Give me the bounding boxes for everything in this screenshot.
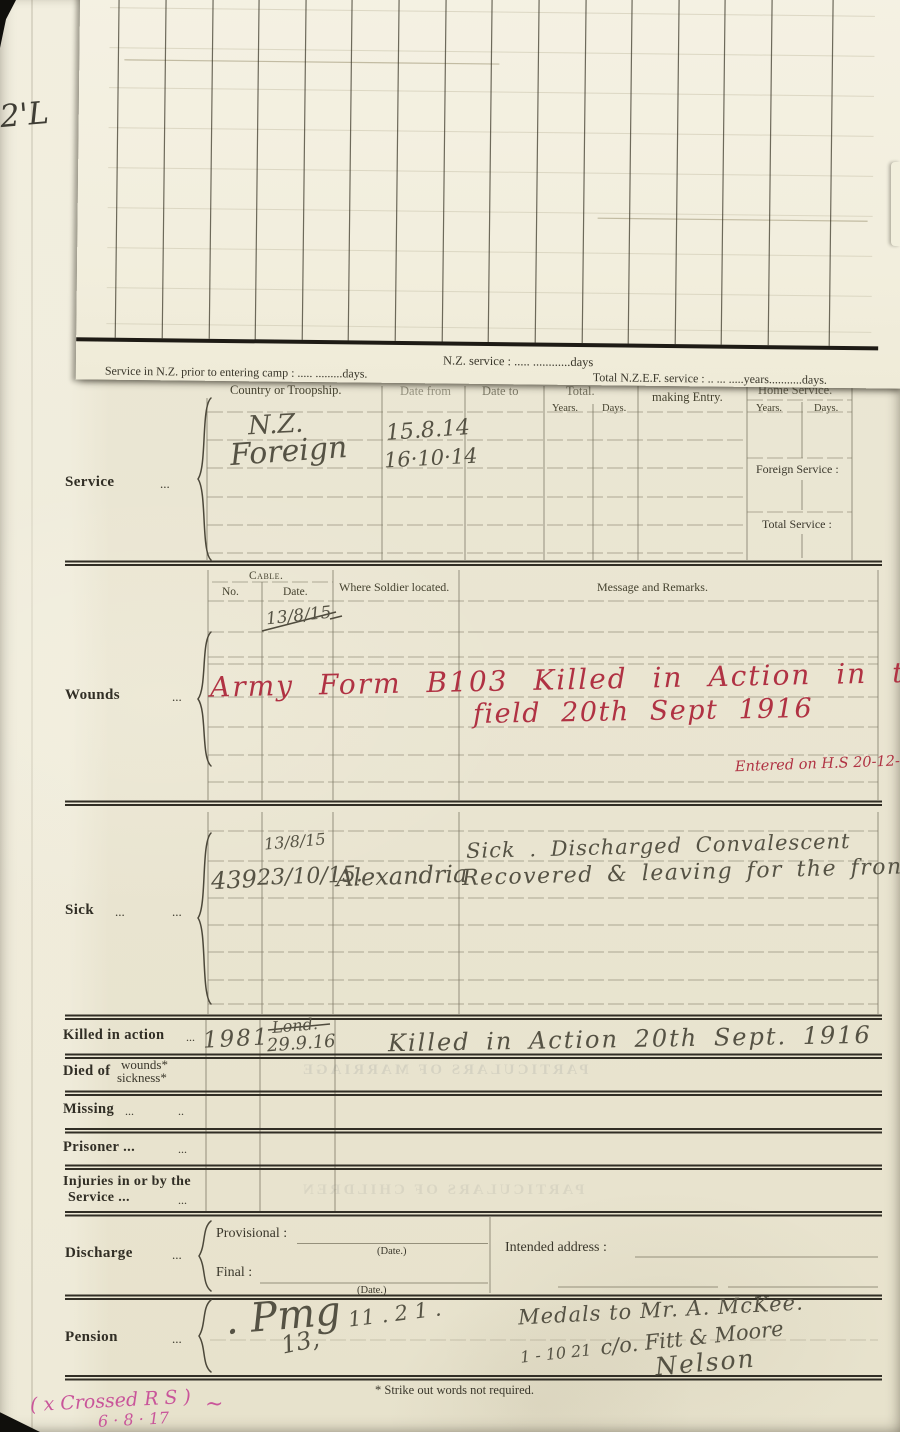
discharge-dots: ... [172,1248,182,1262]
footer-note: * Strike out words not required. [375,1384,534,1397]
prisoner-dots: ... [178,1143,187,1156]
col-making-entry: making Entry. [652,391,723,404]
discharge-final-label: Final : [216,1266,252,1281]
discharge-provisional-label: Provisional : [216,1227,287,1242]
col-total: Total. [566,385,595,398]
pension-note-date-1: 13, [279,1326,321,1357]
service-entry-date-1: 15.8.14 [385,417,470,445]
intended-address-label: Intended address : [505,1241,607,1256]
foreign-service-label: Foreign Service : [756,463,839,476]
total-service-label: Total Service : [762,518,832,531]
killed-dots: ... [186,1031,195,1044]
injuries-label-line2: Service ... [68,1191,130,1206]
col-message-remarks: Message and Remarks. [597,581,708,594]
col-total-years: Years. [552,403,578,414]
show-through-text: PARTICULARS OF MARRIAGE [300,1062,588,1079]
killed-cable-date: 29.9.16 [266,1033,336,1056]
missing-dots-1: ... [125,1105,134,1118]
nz-service-caption: N.Z. service : ..... ............days [443,354,593,369]
col-country-or-troopship: Country or Troopship. [230,384,341,397]
stamp-note-dash: ~ [205,1394,223,1416]
sick-dots-mid: ... [115,905,125,919]
col-cable: Cable. [249,570,283,582]
sick-row2-located: Alexandria [336,862,468,891]
died-of-sickness-option: sickness* [117,1071,167,1085]
service-record-page: PARTICULARS OF MARRIAGE PARTICULARS OF C… [0,0,900,1432]
wounds-section-label: Wounds [65,688,120,704]
total-nzef-caption: Total N.Z.E.F. service : .. ... .....yea… [593,371,827,386]
discharge-section-label: Discharge [65,1246,133,1262]
col-home-years: Years. [756,403,782,414]
sick-row2-no: 439 [210,867,257,893]
overlapping-sheet: N.Z. service : ..... ............days Se… [76,0,900,389]
sick-dots-right: ... [172,905,182,919]
died-of-label: Died of [63,1064,111,1079]
col-home-days: Days. [814,403,838,414]
prior-camp-caption: Service in N.Z. prior to entering camp :… [105,365,368,381]
col-cable-no: No. [222,586,239,598]
service-section-label: Service [65,475,114,491]
missing-label: Missing [63,1102,114,1117]
discharge-provisional-date-caption: (Date.) [377,1246,406,1257]
col-total-days: Days. [602,403,626,414]
wounds-red-entry-line2: field 20th Sept 1916 [473,695,814,728]
col-date-from: Date from [400,385,451,398]
pension-section-label: Pension [65,1330,118,1346]
stamp-note-line2: 6 · 8 · 17 [98,1410,170,1430]
service-dots: ... [160,477,170,491]
blank-table-grid [76,0,900,389]
service-entry-date-2: 16·10·14 [384,446,478,472]
pension-dots: ... [172,1332,182,1346]
torn-edge-right [891,162,900,246]
killed-in-action-label: Killed in action [63,1028,164,1043]
injuries-label-line1: Injuries in or by the [63,1175,191,1190]
show-through-text: PARTICULARS OF CHILDREN [300,1182,584,1199]
section-brace [198,398,211,1372]
col-cable-date: Date. [283,586,308,598]
col-date-to: Date to [482,385,518,398]
killed-entry-no: 1981 [202,1026,270,1052]
discharge-final-date-caption: (Date.) [357,1285,386,1296]
missing-dots-2: .. [178,1105,184,1118]
col-where-located: Where Soldier located. [339,581,449,594]
prisoner-label: Prisoner ... [63,1140,135,1155]
margin-note: 2'L [0,98,50,133]
injuries-dots: ... [178,1194,187,1207]
sick-section-label: Sick [65,903,94,919]
wounds-dots: ... [172,690,182,704]
service-entry-country-2: Foreign [229,433,348,471]
